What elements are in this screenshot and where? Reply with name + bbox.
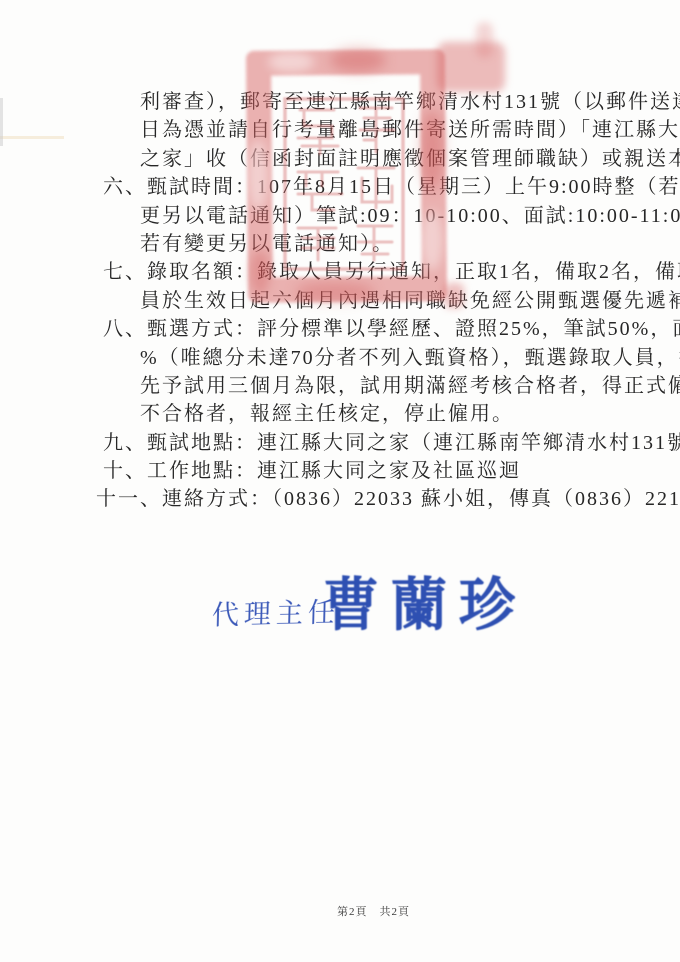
doc-line: 之家」收（信函封面註明應徵個案管理師職缺）或親送本家。 [0,145,680,173]
signature-name-stamp: 曹蘭珍 [323,560,527,642]
doc-line: 七、錄取名額：錄取人員另行通知，正取1名，備取2名，備取人 [0,258,680,286]
scanned-document-page: 利審查），郵寄至連江縣南竿鄉清水村131號（以郵件送達 日為憑並請自行考量離島郵… [0,0,680,962]
doc-line: 九、甄試地點：連江縣大同之家（連江縣南竿鄉清水村131號） [0,429,680,457]
doc-line: 若有變更另以電話通知）。 [0,230,680,258]
doc-line: 更另以電話通知）筆試:09：10-10:00、面試:10:00-11:00( [0,202,680,230]
doc-line: 不合格者，報經主任核定，停止僱用。 [0,400,680,428]
doc-line: 員於生效日起六個月內遇相同職缺免經公開甄選優先遞補。 [0,287,680,315]
seal-smudge [437,42,505,92]
doc-line: 日為憑並請自行考量離島郵件寄送所需時間）「連江縣大同 [0,116,680,144]
doc-line: 六、甄試時間：107年8月15日（星期三）上午9:00時整（若有變 [0,173,680,201]
seal-texture-blob [330,48,386,72]
seal-smudge [476,22,493,58]
doc-line: %（唯總分未達70分者不列入甄資格），甄選錄取人員，得 [0,344,680,372]
doc-line: 十、工作地點：連江縣大同之家及社區巡迴 [0,457,680,485]
doc-line: 先予試用三個月為限，試用期滿經考核合格者，得正式僱用， [0,372,680,400]
doc-line: 八、甄選方式：評分標準以學經歷、證照25%，筆試50%，面試25 [0,315,680,343]
page-number-footer: 第2頁 共2頁 [337,903,410,919]
signature-title: 代理主任 [212,590,341,632]
document-body: 利審查），郵寄至連江縣南竿鄉清水村131號（以郵件送達 日為憑並請自行考量離島郵… [0,88,680,514]
doc-line: 利審查），郵寄至連江縣南竿鄉清水村131號（以郵件送達 [0,88,680,116]
doc-line: 十一、連絡方式：（0836）22033 蘇小姐，傳真（0836）22152 [0,485,680,513]
seal-texture-blob [268,52,314,72]
